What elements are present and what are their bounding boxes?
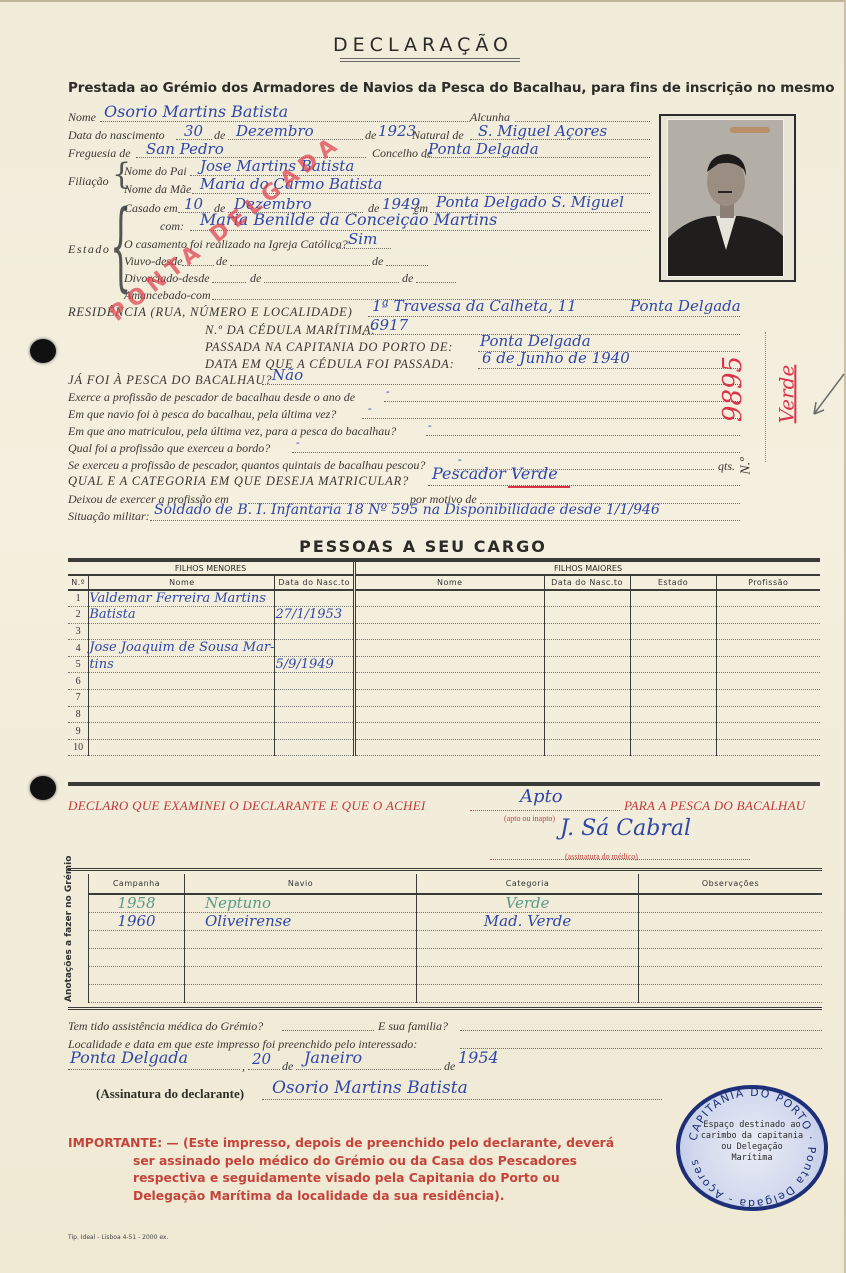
anotacoes-side-label: Anotações a fazer no Grémio: [64, 874, 74, 1002]
casado-dia: 10: [184, 197, 203, 211]
table-row: [89, 966, 823, 984]
row-number: 6: [68, 673, 89, 690]
col-navio: Navio: [185, 874, 417, 894]
child-birthdate[interactable]: [275, 673, 353, 690]
adult-child-profissao[interactable]: [716, 607, 820, 624]
categoria-cell[interactable]: [417, 966, 639, 984]
col-data-nasc: Data do Nasc.to: [544, 576, 630, 590]
adult-child-name[interactable]: [356, 640, 544, 657]
freguesia-value: San Pedro: [146, 142, 224, 156]
dependentes-title: PESSOAS A SEU CARGO: [0, 537, 846, 556]
cedula-label: N.º DA CÉDULA MARÍTIMA:: [205, 323, 376, 338]
divorciado-dia-field[interactable]: [212, 269, 246, 283]
residencia-value: 1ª Travessa da Calheta, 11: [372, 299, 577, 313]
child-birthdate[interactable]: [275, 706, 353, 723]
margin-number-label: N.º: [739, 457, 755, 474]
profissao-bordo-field[interactable]: [292, 439, 740, 453]
child-name[interactable]: Batista: [89, 607, 275, 624]
assinatura-declarante: Osorio Martins Batista: [272, 1081, 468, 1095]
categoria-cell[interactable]: Verde: [417, 894, 639, 912]
campanha-cell[interactable]: [89, 948, 185, 966]
child-name[interactable]: Valdemar Ferreira Martins: [89, 590, 275, 607]
navio-cell[interactable]: [185, 930, 417, 948]
col-data-nasc: Data do Nasc.to: [275, 576, 353, 590]
assinatura-declarante-label: (Assinatura do declarante): [96, 1086, 244, 1102]
adult-child-birthdate[interactable]: [544, 706, 630, 723]
categoria-cell[interactable]: [417, 930, 639, 948]
col-estado: Estado: [630, 576, 716, 590]
data-dia: 20: [252, 1052, 271, 1066]
igreja-label: O casamento foi realizado na Igreja Cató…: [124, 237, 348, 252]
filhos-menores-title: FILHOS MENORES: [68, 562, 353, 576]
child-name[interactable]: Jose Joaquim de Sousa Mar-: [89, 640, 275, 657]
de-label: de: [216, 254, 227, 269]
adult-child-estado[interactable]: [630, 607, 716, 624]
nascimento-ano: 1923: [378, 124, 416, 138]
col-observacoes: Observações: [639, 874, 823, 894]
document-subtitle: Prestada ao Grémio dos Armadores de Navi…: [68, 80, 834, 96]
cedula-value: 6917: [370, 318, 408, 332]
row-number: 2: [68, 607, 89, 624]
categoria-value: Pescador Verde: [432, 467, 558, 481]
adult-child-birthdate[interactable]: [544, 590, 630, 607]
campanha-cell[interactable]: [89, 984, 185, 1002]
row-number: 4: [68, 640, 89, 657]
table-row: [356, 656, 820, 673]
table-row: [356, 723, 820, 740]
adult-child-estado[interactable]: [630, 590, 716, 607]
residencia-localidade: Ponta Delgada: [630, 299, 741, 313]
table-row: 10: [68, 739, 353, 756]
profissao-bordo-label: Qual foi a profissão que exerceu a bordo…: [68, 441, 270, 456]
filhos-maiores-section: FILHOS MAIORES Nome Data do Nasc.to Esta…: [356, 562, 820, 756]
familia-label: E sua familia?: [378, 1019, 448, 1034]
localidade-value: Ponta Delgada: [70, 1051, 188, 1065]
navio-cell[interactable]: [185, 948, 417, 966]
row-number: 10: [68, 739, 89, 756]
adult-child-profissao[interactable]: [716, 656, 820, 673]
child-birthdate[interactable]: [275, 590, 353, 607]
table-row: [356, 706, 820, 723]
nome-value: Osorio Martins Batista: [104, 105, 288, 119]
portrait-photo: [667, 119, 784, 277]
com-label: com:: [160, 219, 184, 234]
declaro-text: DECLARO QUE EXAMINEI O DECLARANTE E QUE …: [68, 798, 426, 814]
table-row: [89, 948, 823, 966]
table-row: 5tins5/9/1949: [68, 656, 353, 673]
table-row: 2Batista27/1/1953: [68, 607, 353, 624]
desde-value: -: [386, 385, 390, 399]
table-row: 3: [68, 623, 353, 640]
child-name[interactable]: [89, 706, 275, 723]
observacoes-cell[interactable]: [639, 912, 823, 930]
margin-note: Verde: [774, 365, 798, 424]
child-name[interactable]: [89, 739, 275, 756]
viuvo-ano-field[interactable]: [386, 252, 428, 266]
observacoes-cell[interactable]: [639, 948, 823, 966]
de-label: de: [365, 128, 376, 143]
child-birthdate[interactable]: [275, 690, 353, 707]
familia-field[interactable]: [460, 1017, 822, 1031]
table-row: [356, 623, 820, 640]
row-number: 8: [68, 706, 89, 723]
col-nome: Nome: [356, 576, 544, 590]
ja-foi-value: Não: [272, 368, 303, 382]
adult-child-name[interactable]: [356, 723, 544, 740]
quintais-label: Se exerceu a profissão de pescador, quan…: [68, 458, 425, 473]
campanha-cell[interactable]: 1960: [89, 912, 185, 930]
viuvo-mes-field[interactable]: [230, 252, 370, 266]
campanha-cell[interactable]: [89, 966, 185, 984]
filhos-menores-table: N.º Nome Data do Nasc.to 1Valdemar Ferre…: [68, 576, 353, 756]
categoria-red-underline: [508, 486, 570, 488]
alcunha-field[interactable]: [515, 108, 650, 122]
desde-field[interactable]: [384, 388, 740, 402]
data-ano: 1954: [458, 1051, 499, 1065]
adult-child-estado[interactable]: [630, 723, 716, 740]
observacoes-cell[interactable]: [639, 894, 823, 912]
anotacoes-top-rule: [68, 868, 822, 871]
adult-child-profissao[interactable]: [716, 706, 820, 723]
para-pesca-text: PARA A PESCA DO BACALHAU: [624, 798, 806, 814]
table-row: 1960OliveirenseMad. Verde: [89, 912, 823, 930]
filhos-maiores-table: Nome Data do Nasc.to Estado Profissão: [356, 576, 820, 756]
document-title: DECLARAÇÃO: [0, 34, 846, 56]
concelho-label: Concelho de: [372, 146, 432, 161]
adult-child-birthdate[interactable]: [544, 656, 630, 673]
table-row: 1Valdemar Ferreira Martins: [68, 590, 353, 607]
punch-hole-bottom: [30, 776, 56, 800]
adult-child-profissao[interactable]: [716, 640, 820, 657]
apto-hint: (apto ou inapto): [504, 814, 555, 823]
row-number: 5: [68, 656, 89, 673]
child-birthdate[interactable]: [275, 739, 353, 756]
portrait-icon: [668, 120, 784, 277]
nome-label: Nome: [68, 110, 96, 125]
militar-label: Situação militar:: [68, 509, 150, 524]
adult-child-profissao[interactable]: [716, 739, 820, 756]
igreja-value: Sim: [348, 232, 377, 246]
child-birthdate[interactable]: 5/9/1949: [275, 656, 353, 673]
campanha-cell[interactable]: [89, 930, 185, 948]
form-page: DECLARAÇÃO Prestada ao Grémio dos Armado…: [0, 0, 846, 1273]
categoria-cell[interactable]: [417, 948, 639, 966]
table-row: [356, 690, 820, 707]
data-cedula-value: 6 de Junho de 1940: [482, 351, 630, 365]
adult-child-name[interactable]: [356, 673, 544, 690]
estado-label: Estado: [68, 242, 110, 257]
adult-child-estado[interactable]: [630, 706, 716, 723]
militar-value: Soldado de B. I. Infantaria 18 Nº 595 na…: [154, 503, 660, 517]
adult-child-profissao[interactable]: [716, 673, 820, 690]
table-row: [356, 673, 820, 690]
table-row: [356, 607, 820, 624]
ano-matricula-value: -: [428, 419, 432, 433]
child-birthdate[interactable]: 27/1/1953: [275, 607, 353, 624]
importante-first-line: IMPORTANTE: — (Este impresso, depois de …: [68, 1135, 628, 1153]
navio-value: -: [368, 402, 372, 416]
col-campanha: Campanha: [89, 874, 185, 894]
col-numero: N.º: [68, 576, 89, 590]
campanha-cell[interactable]: 1958: [89, 894, 185, 912]
adult-child-birthdate[interactable]: [544, 673, 630, 690]
table-row: [356, 640, 820, 657]
adult-child-estado[interactable]: [630, 673, 716, 690]
table-row: [89, 984, 823, 1002]
assistencia-field[interactable]: [282, 1017, 374, 1031]
capitania-stamp-inner: Espaço destinado ao carimbo da capitania…: [700, 1120, 804, 1164]
adult-child-name[interactable]: [356, 623, 544, 640]
casado-local: Ponta Delgado S. Miguel: [436, 195, 624, 209]
filhos-menores-section: FILHOS MENORES N.º Nome Data do Nasc.to …: [68, 562, 356, 756]
child-name[interactable]: [89, 690, 275, 707]
table-row: 4Jose Joaquim de Sousa Mar-: [68, 640, 353, 657]
data-cedula-label: DATA EM QUE A CÉDULA FOI PASSADA:: [205, 357, 455, 372]
adult-child-birthdate[interactable]: [544, 739, 630, 756]
apto-value: Apto: [520, 790, 563, 804]
observacoes-cell[interactable]: [639, 984, 823, 1002]
localidade-extra-field[interactable]: [460, 1035, 822, 1049]
table-row: 8: [68, 706, 353, 723]
divorciado-ano-field[interactable]: [416, 269, 456, 283]
profissao-bordo-value: -: [296, 436, 300, 450]
navio-field[interactable]: [362, 405, 740, 419]
table-row: 1958NeptunoVerde: [89, 894, 823, 912]
adult-child-profissao[interactable]: [716, 723, 820, 740]
adult-child-estado[interactable]: [630, 623, 716, 640]
importante-rest: ser assinado pelo médico do Grémio ou da…: [68, 1153, 628, 1206]
filhos-maiores-title: FILHOS MAIORES: [356, 562, 820, 576]
adult-child-name[interactable]: [356, 706, 544, 723]
de-label: de: [250, 271, 261, 286]
assistencia-label: Tem tido assistência médica do Grémio?: [68, 1019, 263, 1034]
adult-child-estado[interactable]: [630, 656, 716, 673]
ja-foi-field[interactable]: [262, 371, 740, 385]
de-label: de: [282, 1059, 293, 1074]
child-name[interactable]: tins: [89, 656, 275, 673]
categoria-cell[interactable]: Mad. Verde: [417, 912, 639, 930]
row-number: 7: [68, 690, 89, 707]
pai-label: Nome do Pai: [124, 164, 187, 179]
row-number: 9: [68, 723, 89, 740]
navio-cell[interactable]: Neptuno: [185, 894, 417, 912]
child-birthdate[interactable]: [275, 623, 353, 640]
anotacoes-bottom-rule: [68, 1007, 822, 1010]
nascimento-dia: 30: [184, 124, 203, 138]
punch-hole-top: [30, 339, 56, 363]
ano-matricula-label: Em que ano matriculou, pela última vez, …: [68, 424, 396, 439]
adult-child-birthdate[interactable]: [544, 690, 630, 707]
adult-child-birthdate[interactable]: [544, 640, 630, 657]
adult-child-profissao[interactable]: [716, 623, 820, 640]
table-bottom-rule: [68, 782, 820, 786]
adult-child-name[interactable]: [356, 607, 544, 624]
title-underline: [340, 58, 520, 62]
child-name[interactable]: [89, 673, 275, 690]
table-row: 6: [68, 673, 353, 690]
observacoes-cell[interactable]: [639, 930, 823, 948]
observacoes-cell[interactable]: [639, 966, 823, 984]
table-row: [356, 590, 820, 607]
categoria-label: QUAL E A CATEGORIA EM QUE DESEJA MATRICU…: [68, 474, 409, 489]
child-name[interactable]: [89, 723, 275, 740]
adult-child-name[interactable]: [356, 590, 544, 607]
concelho-value: Ponta Delgada: [428, 142, 539, 156]
data-mes: Janeiro: [304, 1051, 362, 1065]
adult-child-name[interactable]: [356, 656, 544, 673]
importante-notice: IMPORTANTE: — (Este impresso, depois de …: [68, 1135, 628, 1205]
col-categoria: Categoria: [417, 874, 639, 894]
capitania-value: Ponta Delgada: [480, 334, 591, 348]
margin-number: 9895: [718, 356, 748, 422]
child-birthdate[interactable]: [275, 723, 353, 740]
pencil-arrow-icon: [808, 372, 846, 422]
de-label: de: [402, 271, 413, 286]
de-label: de: [444, 1059, 455, 1074]
adult-child-estado[interactable]: [630, 690, 716, 707]
adult-child-estado[interactable]: [630, 739, 716, 756]
printer-footer: Tip. Ideal - Lisboa 4-51 - 2000 ex.: [68, 1234, 168, 1241]
child-birthdate[interactable]: [275, 640, 353, 657]
filiacao-label: Filiação: [68, 174, 109, 189]
assinatura-medico: J. Sá Cabral: [560, 822, 691, 836]
dependentes-table: FILHOS MENORES N.º Nome Data do Nasc.to …: [68, 562, 820, 756]
ja-foi-label: JÁ FOI À PESCA DO BACALHAU?: [68, 373, 272, 388]
col-nome: Nome: [89, 576, 275, 590]
casado-label: Casado em: [124, 201, 178, 216]
mae-label: Nome da Mãe: [124, 182, 191, 197]
nascimento-mes: Dezembro: [236, 124, 314, 138]
navio-cell[interactable]: Oliveirense: [185, 912, 417, 930]
margin-rule: [765, 332, 766, 462]
navio-cell[interactable]: [185, 966, 417, 984]
ano-matricula-field[interactable]: [426, 422, 740, 436]
desde-label: Exerce a profissão de pescador de bacalh…: [68, 390, 355, 405]
capitania-label: PASSADA NA CAPITANIA DO PORTO DE:: [205, 340, 453, 355]
adult-child-birthdate[interactable]: [544, 623, 630, 640]
row-number: 1: [68, 590, 89, 607]
assinatura-medico-hint: (assinatura do médico): [565, 852, 638, 861]
table-row: [89, 930, 823, 948]
table-row: [356, 739, 820, 756]
de-label: de: [372, 254, 383, 269]
adult-child-birthdate[interactable]: [544, 607, 630, 624]
adult-child-name[interactable]: [356, 739, 544, 756]
adult-child-birthdate[interactable]: [544, 723, 630, 740]
anotacoes-table-wrap: Campanha Navio Categoria Observações 195…: [88, 874, 822, 1003]
natural-value: S. Miguel Açores: [478, 124, 607, 138]
child-name[interactable]: [89, 623, 275, 640]
table-row: 7: [68, 690, 353, 707]
adult-child-profissao[interactable]: [716, 590, 820, 607]
adult-child-estado[interactable]: [630, 640, 716, 657]
row-number: 3: [68, 623, 89, 640]
adult-child-name[interactable]: [356, 690, 544, 707]
rust-stain: [730, 127, 770, 133]
table-row: 9: [68, 723, 353, 740]
anotacoes-table: Campanha Navio Categoria Observações 195…: [88, 874, 822, 1003]
adult-child-profissao[interactable]: [716, 690, 820, 707]
divorciado-mes-field[interactable]: [264, 269, 399, 283]
categoria-cell[interactable]: [417, 984, 639, 1002]
navio-label: Em que navio foi à pesca do bacalhau, pe…: [68, 407, 336, 422]
navio-cell[interactable]: [185, 984, 417, 1002]
col-profissao: Profissão: [716, 576, 820, 590]
